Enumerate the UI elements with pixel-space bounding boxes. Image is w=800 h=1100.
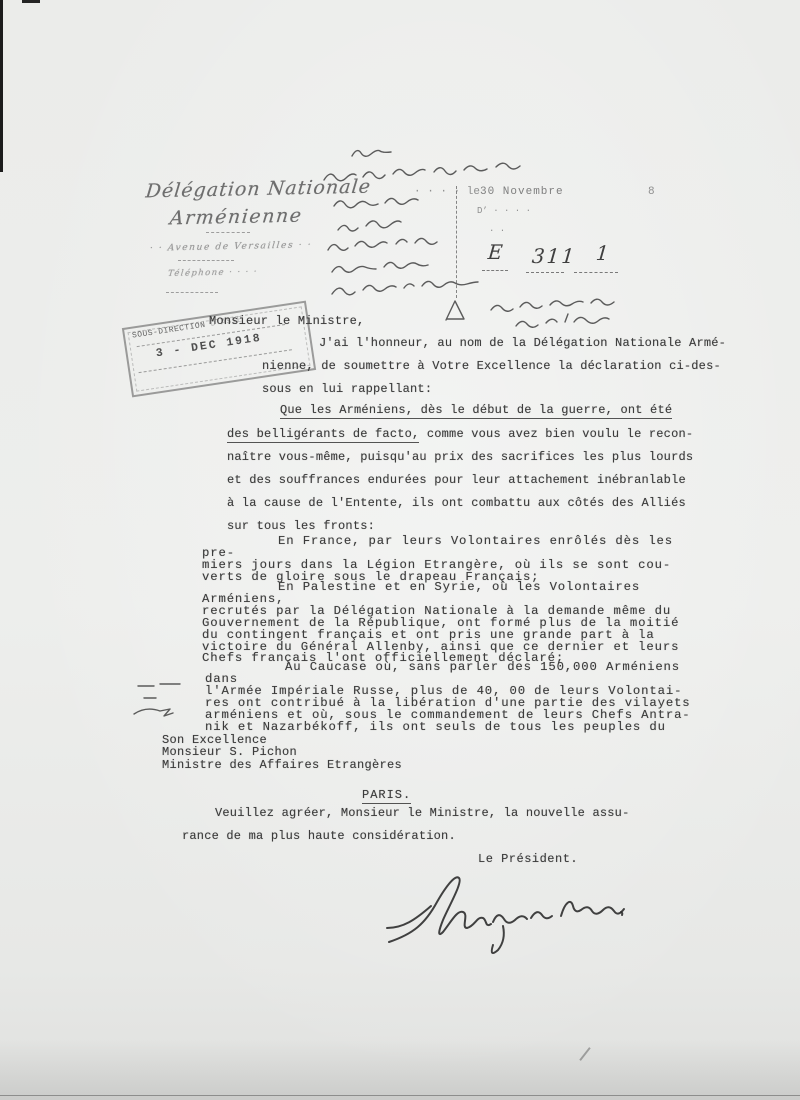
- declaration-line-2: des belligérants de facto, comme vous av…: [227, 423, 693, 446]
- letterhead-rule-3: [166, 292, 218, 293]
- scan-edge-left: [0, 0, 3, 172]
- opening-paragraph: J'ai l'honneur, au nom de la Délégation …: [262, 332, 742, 401]
- handwritten-annotations: [316, 136, 684, 346]
- declaration-line-1: Que les Arméniens, dès le début de la gu…: [280, 399, 672, 422]
- recipient-city: PARIS.: [362, 774, 411, 802]
- margin-marks: [126, 676, 212, 724]
- scanned-letter-page: Délégation Nationale Arménienne · · Aven…: [0, 0, 800, 1100]
- letterhead-address: · · Avenue de Versailles · ·: [149, 240, 312, 253]
- paragraph-palestine-syrie: En Palestine et en Syrie, où les Volonta…: [202, 582, 702, 665]
- paragraph-france: En France, par leurs Volontaires enrôlés…: [202, 536, 702, 584]
- signature-boghos-nubar: [385, 862, 635, 962]
- scan-bottom-shade: [0, 1040, 800, 1100]
- recipient-address-block: Son Excellence Monsieur S. Pichon Minist…: [162, 734, 402, 771]
- letterhead-rule-1: [206, 232, 250, 233]
- letterhead-org-line2: Arménienne: [169, 205, 304, 230]
- declaration-continuation: naître vous-même, puisqu'au prix des sac…: [227, 446, 717, 538]
- paragraph-caucase: Au Caucase où, sans parler des 150,000 A…: [205, 662, 705, 733]
- scan-tick-top: [22, 0, 40, 3]
- letterhead-rule-2: [178, 260, 234, 261]
- closing-paragraph: Veuillez agréer, Monsieur le Ministre, l…: [182, 802, 662, 848]
- salutation: Monsieur le Ministre,: [209, 310, 364, 333]
- letterhead-phone: Téléphone · · · ·: [167, 267, 258, 279]
- scan-bottom-line: [0, 1095, 800, 1096]
